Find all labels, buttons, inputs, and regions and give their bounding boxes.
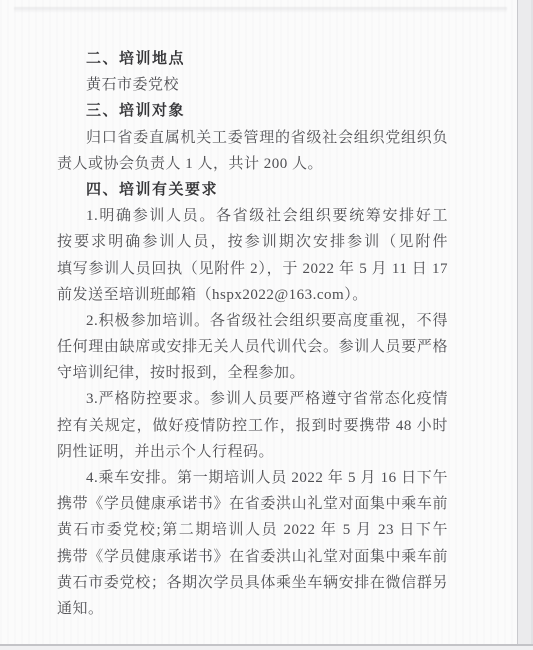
doc-line: 通知。 <box>57 596 448 622</box>
doc-line: 填写参训人员回执（见附件 2），于 2022 年 5 月 11 日 17 时 <box>57 256 448 282</box>
page-edge-bottom-strip <box>0 646 533 650</box>
doc-line: 阴性证明，并出示个人行程码。 <box>57 439 448 465</box>
scan-noise-band <box>14 7 507 13</box>
doc-line: 3.严格防控要求。参训人员要严格遵守省常态化疫情防 <box>57 386 448 412</box>
doc-line: 归口省委直属机关工委管理的省级社会组织党组织负 <box>57 125 448 151</box>
doc-line: 前发送至培训班邮箱（hspx2022@163.com）。 <box>57 282 448 308</box>
doc-line: 控有关规定，做好疫情防控工作，报到时要携带 48 小时核酸 <box>57 413 448 439</box>
doc-line: 黄石市委党校 <box>57 72 448 98</box>
doc-line: 按要求明确参训人员，按参训期次安排参训（见附件 1），并 <box>57 229 448 255</box>
doc-line: 守培训纪律，按时报到，全程参加。 <box>57 360 448 386</box>
document-body: 二、培训地点 黄石市委党校 三、培训对象 归口省委直属机关工委管理的省级社会组织… <box>57 46 448 622</box>
doc-line: 4.乘车安排。第一期培训人员 2022 年 5 月 16 日下午 13:00 <box>57 465 448 491</box>
document-page: 二、培训地点 黄石市委党校 三、培训对象 归口省委直属机关工委管理的省级社会组织… <box>0 0 533 650</box>
doc-line: 责人或协会负责人 1 人，共计 200 人。 <box>57 151 448 177</box>
doc-line: 黄石市委党校;第二期培训人员 2022 年 5 月 23 日下午 13:00 <box>57 517 448 543</box>
doc-line: 任何理由缺席或安排无关人员代训代会。参训人员要严格遵 <box>57 334 448 360</box>
section-heading-participants: 三、培训对象 <box>57 98 448 124</box>
doc-line: 1.明确参训人员。各省级社会组织要统筹安排好工作， <box>57 203 448 229</box>
doc-line: 2.积极参加培训。各省级社会组织要高度重视，不得以 <box>57 308 448 334</box>
doc-line: 携带《学员健康承诺书》在省委洪山礼堂对面集中乘车前往 <box>57 491 448 517</box>
section-heading-location: 二、培训地点 <box>57 46 448 72</box>
doc-line: 黄石市委党校；各期次学员具体乘坐车辆安排在微信群另行 <box>57 570 448 596</box>
doc-line: 携带《学员健康承诺书》在省委洪山礼堂对面集中乘车前往 <box>57 544 448 570</box>
section-heading-requirements: 四、培训有关要求 <box>57 177 448 203</box>
